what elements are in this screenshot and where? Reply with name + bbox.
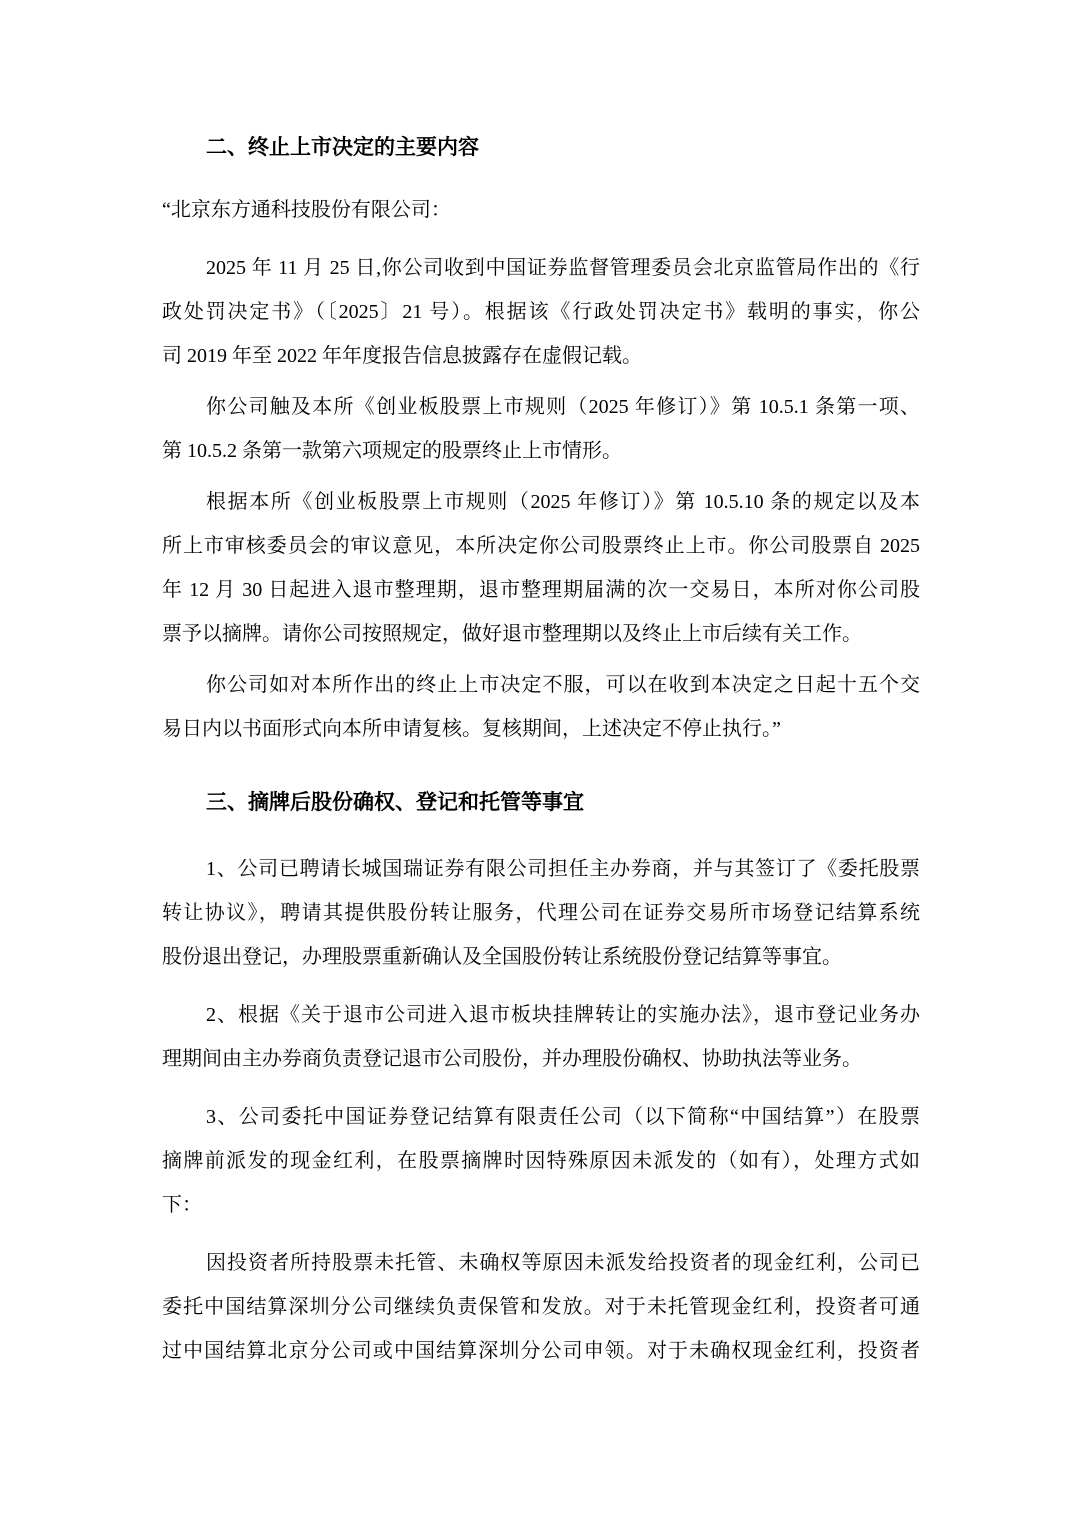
text-line: 你公司触及本所《创业板股票上市规则（2025 年修订）》第 10.5.1 条第一… [162, 385, 920, 429]
text-line: 你公司如对本所作出的终止上市决定不服，可以在收到本决定之日起十五个交 [162, 663, 920, 707]
paragraph-review-appeal: 你公司如对本所作出的终止上市决定不服，可以在收到本决定之日起十五个交 易日内以书… [162, 663, 920, 751]
text-line: 所上市审核委员会的审议意见，本所决定你公司股票终止上市。你公司股票自 2025 [162, 524, 920, 568]
text-line: 理期间由主办券商负责登记退市公司股份，并办理股份确权、协助执法等业务。 [162, 1037, 920, 1081]
text-line: 司 2019 年至 2022 年年度报告信息披露存在虚假记载。 [162, 334, 920, 378]
text-line: 第 10.5.2 条第一款第六项规定的股票终止上市情形。 [162, 429, 920, 473]
text-line: 年 12 月 30 日起进入退市整理期，退市整理期届满的次一交易日，本所对你公司… [162, 568, 920, 612]
text-line: 因投资者所持股票未托管、未确权等原因未派发给投资者的现金红利，公司已 [162, 1241, 920, 1285]
text-line: 股份退出登记，办理股票重新确认及全国股份转让系统股份登记结算等事宜。 [162, 935, 920, 979]
text-line: 2、根据《关于退市公司进入退市板块挂牌转让的实施办法》，退市登记业务办 [162, 993, 920, 1037]
text-line: 根据本所《创业板股票上市规则（2025 年修订）》第 10.5.10 条的规定以… [162, 480, 920, 524]
paragraph-penalty-decision: 2025 年 11 月 25 日,你公司收到中国证券监督管理委员会北京监管局作出… [162, 246, 920, 378]
section-heading-three: 三、摘牌后股份确权、登记和托管等事宜 [162, 781, 920, 825]
text-line: 易日内以书面形式向本所申请复核。复核期间，上述决定不停止执行。” [162, 707, 920, 751]
section-heading-two: 二、终止上市决定的主要内容 [162, 126, 920, 170]
paragraph-delisting-board: 2、根据《关于退市公司进入退市板块挂牌转让的实施办法》，退市登记业务办 理期间由… [162, 993, 920, 1081]
text-line: 政处罚决定书》（〔2025〕21 号）。根据该《行政处罚决定书》载明的事实，你公 [162, 290, 920, 334]
paragraph-delisting-decision: 根据本所《创业板股票上市规则（2025 年修订）》第 10.5.10 条的规定以… [162, 480, 920, 656]
text-line: 委托中国结算深圳分公司继续负责保管和发放。对于未托管现金红利，投资者可通 [162, 1285, 920, 1329]
text-line: 3、公司委托中国证券登记结算有限责任公司（以下简称“中国结算”）在股票 [162, 1095, 920, 1139]
paragraph-unclaimed-dividends: 因投资者所持股票未托管、未确权等原因未派发给投资者的现金红利，公司已 委托中国结… [162, 1241, 920, 1373]
text-line: 2025 年 11 月 25 日,你公司收到中国证券监督管理委员会北京监管局作出… [162, 246, 920, 290]
text-line: 过中国结算北京分公司或中国结算深圳分公司申领。对于未确权现金红利，投资者 [162, 1329, 920, 1373]
paragraph-delisting-rules: 你公司触及本所《创业板股票上市规则（2025 年修订）》第 10.5.1 条第一… [162, 385, 920, 473]
paragraph-csdc-dividends: 3、公司委托中国证券登记结算有限责任公司（以下简称“中国结算”）在股票 摘牌前派… [162, 1095, 920, 1227]
paragraph-sponsor-broker: 1、公司已聘请长城国瑞证券有限公司担任主办券商，并与其签订了《委托股票 转让协议… [162, 847, 920, 979]
document-page: 二、终止上市决定的主要内容 “北京东方通科技股份有限公司： 2025 年 11 … [162, 0, 920, 1373]
salutation-line: “北京东方通科技股份有限公司： [162, 188, 920, 232]
text-line: 下： [162, 1183, 920, 1227]
text-line: 转让协议》，聘请其提供股份转让服务，代理公司在证券交易所市场登记结算系统 [162, 891, 920, 935]
text-line: 票予以摘牌。请你公司按照规定，做好退市整理期以及终止上市后续有关工作。 [162, 612, 920, 656]
text-line: 摘牌前派发的现金红利，在股票摘牌时因特殊原因未派发的（如有），处理方式如 [162, 1139, 920, 1183]
text-line: 1、公司已聘请长城国瑞证券有限公司担任主办券商，并与其签订了《委托股票 [162, 847, 920, 891]
